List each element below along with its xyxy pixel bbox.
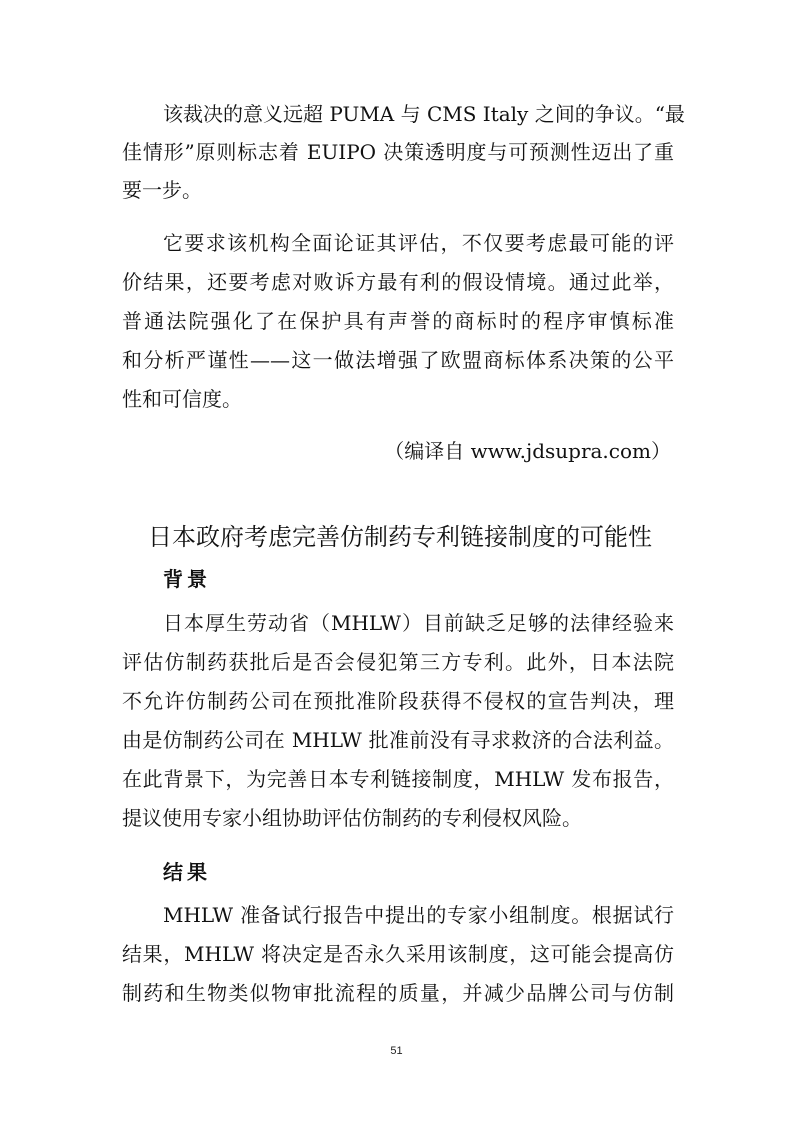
paragraph-line: 结果，MHLW 将决定是否永久采用该制度，这可能会提高仿 [122, 935, 674, 973]
result-heading: 结果 [163, 853, 211, 891]
background-heading: 背景 [163, 560, 211, 598]
paragraph-line: 提议使用专家小组协助评估仿制药的专利侵权风险。 [122, 799, 674, 837]
article-title: 日本政府考虑完善仿制药专利链接制度的可能性 [148, 517, 650, 557]
page-number: 51 [0, 1044, 793, 1058]
paragraph-line: 该裁决的意义远超 PUMA 与 CMS Italy 之间的争议。“最 [163, 95, 674, 133]
paragraph-line: 普通法院强化了在保护具有声誉的商标时的程序审慎标准 [122, 302, 674, 340]
paragraph-line: 价结果，还要考虑对败诉方最有利的假设情境。通过此举， [122, 263, 674, 301]
paragraph-line: 性和可信度。 [122, 380, 674, 418]
paragraph-line: 日本厚生劳动省（MHLW）目前缺乏足够的法律经验来 [163, 604, 674, 642]
paragraph-line: 制药和生物类似物审批流程的质量，并减少品牌公司与仿制 [122, 974, 674, 1012]
paragraph-line: 佳情形”原则标志着 EUIPO 决策透明度与可预测性迈出了重 [122, 133, 674, 171]
paragraph-line: 不允许仿制药公司在预批准阶段获得不侵权的宣告判决，理 [122, 682, 674, 720]
source-credit: （编译自 www.jdsupra.com） [384, 432, 671, 470]
paragraph-line: 评估仿制药获批后是否会侵犯第三方专利。此外，日本法院 [122, 643, 674, 681]
paragraph-line: 它要求该机构全面论证其评估，不仅要考虑最可能的评 [163, 224, 674, 262]
paragraph-line: 和分析严谨性——这一做法增强了欧盟商标体系决策的公平 [122, 341, 674, 379]
paragraph-line: MHLW 准备试行报告中提出的专家小组制度。根据试行 [163, 896, 674, 934]
paragraph-line: 在此背景下，为完善日本专利链接制度，MHLW 发布报告， [122, 760, 674, 798]
paragraph-line: 要一步。 [122, 171, 674, 209]
paragraph-line: 由是仿制药公司在 MHLW 批准前没有寻求救济的合法利益。 [122, 721, 674, 759]
document-page: 该裁决的意义远超 PUMA 与 CMS Italy 之间的争议。“最 佳情形”原… [0, 0, 793, 1122]
